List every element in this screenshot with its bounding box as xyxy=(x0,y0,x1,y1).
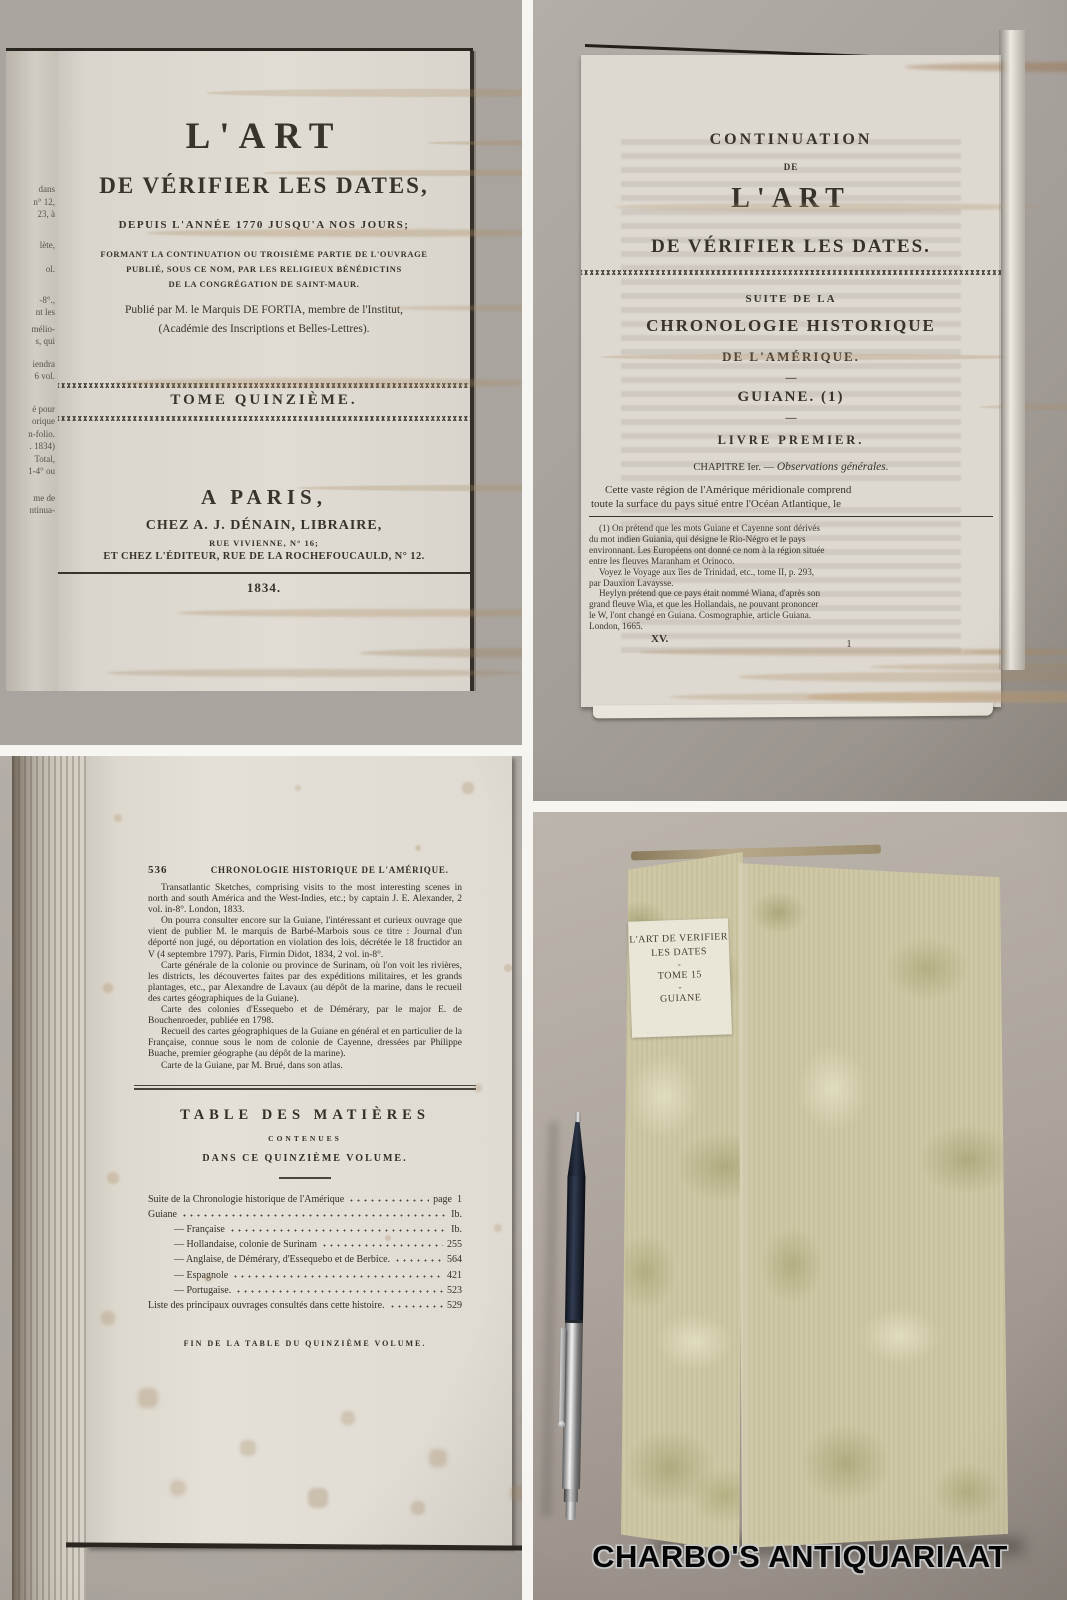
toc-row: — Portugaise.523 xyxy=(148,1283,462,1298)
facing-page-fragments-item: Total, xyxy=(6,453,58,466)
pen-end-button xyxy=(566,1502,576,1520)
heading-continuation: CONTINUATION xyxy=(581,131,1001,149)
facing-page-edge: dansn° 12,23, àlète,ol.-8°.,nt lesmélio-… xyxy=(6,51,58,691)
footnote-item: le W, l'ont changé en Guiana. Cosmograph… xyxy=(589,610,993,621)
toc-label: — Anglaise, de Démérary, d'Essequebo et … xyxy=(174,1252,390,1267)
photo-table-page: 536 CHRONOLOGIE HISTORIQUE DE L'AMÉRIQUE… xyxy=(0,756,522,1600)
zigzag-rule xyxy=(58,416,470,421)
book-part-heading: LIVRE PREMIER. xyxy=(581,433,1001,448)
book-title: L'ART xyxy=(58,115,470,158)
tome-line: TOME QUINZIÈME. xyxy=(58,392,470,409)
series-line: SUITE DE LA xyxy=(581,293,1001,305)
short-rule xyxy=(58,572,470,574)
running-head: 536 CHRONOLOGIE HISTORIQUE DE L'AMÉRIQUE… xyxy=(148,864,462,876)
facing-page-fragments-item: n° 12, xyxy=(6,196,58,209)
fin-line: FIN DE LA TABLE DU QUINZIÈME VOLUME. xyxy=(148,1339,462,1348)
toc-label: — Portugaise. xyxy=(174,1283,231,1298)
foxing-spots xyxy=(86,756,90,760)
toc-label: Suite de la Chronologie historique de l'… xyxy=(148,1192,344,1207)
body-text-item: Cette vaste région de l'Amérique méridio… xyxy=(591,483,991,497)
page-curl-edge xyxy=(999,30,1025,670)
imprint-address1: RUE VIVIENNE, N° 16; xyxy=(58,538,470,548)
book-front-cover xyxy=(738,842,1008,1548)
toc-row: — FrançaiseIb. xyxy=(148,1222,462,1237)
table-heading-volume: DANS CE QUINZIÈME VOLUME. xyxy=(148,1153,462,1164)
toc-page-number: 255 xyxy=(447,1237,462,1252)
footnote-rule xyxy=(589,516,993,517)
footnote: (1) On prétend que les mots Guiane et Ca… xyxy=(589,523,993,632)
chapter-page: CONTINUATION DE L'ART DE VÉRIFIER LES DA… xyxy=(581,55,1001,707)
footnote-item: Voyez le Voyage aux îles de Trinidad, et… xyxy=(589,567,993,578)
bibliography-paragraphs-item: Carte de la Guiane, par M. Brué, dans so… xyxy=(148,1061,462,1072)
facing-page-fragments-item: s, qui xyxy=(6,335,58,348)
continuation-note: FORMANT LA CONTINUATION OU TROISIÈME PAR… xyxy=(58,247,470,292)
photo-title-page: dansn° 12,23, àlète,ol.-8°.,nt lesmélio-… xyxy=(0,0,522,745)
double-rule xyxy=(134,1085,476,1090)
series-line: DE L'AMÉRIQUE. xyxy=(581,349,1001,365)
foxing-spots xyxy=(86,756,90,760)
photo-chapter-page: CONTINUATION DE L'ART DE VÉRIFIER LES DA… xyxy=(533,0,1067,801)
signature-mark: XV. xyxy=(651,633,711,645)
publisher-note-item: Publié par M. le Marquis DE FORTIA, memb… xyxy=(58,301,470,320)
under-page-edge xyxy=(593,703,993,719)
footnote-item: entre les fleuves Maranham et Orinoco. xyxy=(589,556,993,567)
dot-leader xyxy=(389,1299,443,1308)
facing-page-fragments-item: é pour xyxy=(6,403,58,416)
heading-subtitle: DE VÉRIFIER LES DATES. xyxy=(581,236,1001,258)
book-head-edge xyxy=(631,845,881,861)
facing-page-fragments-item: ol. xyxy=(6,263,58,276)
facing-page-fragments-item: orique xyxy=(6,415,58,428)
dot-leader xyxy=(229,1223,447,1232)
facing-page-fragments-item: iendra xyxy=(6,358,58,371)
toc-row: — Espagnole421 xyxy=(148,1268,462,1283)
pen-end-ring xyxy=(564,1489,578,1502)
facing-page-fragments-item: -8°., xyxy=(6,294,58,307)
ballpoint-pen xyxy=(557,1112,590,1527)
toc-page-number: Ib. xyxy=(451,1207,462,1222)
publisher-note-item: (Académie des Inscriptions et Belles-Let… xyxy=(58,320,470,339)
footnote-item: (1) On prétend que les mots Guiane et Ca… xyxy=(589,523,993,534)
series-line: CHRONOLOGIE HISTORIQUE xyxy=(581,316,1001,336)
pen-clip xyxy=(559,1328,566,1424)
toc-page-number: Ib. xyxy=(451,1222,462,1237)
toc-label: — Espagnole xyxy=(174,1268,228,1283)
running-head-title: CHRONOLOGIE HISTORIQUE DE L'AMÉRIQUE. xyxy=(198,865,463,875)
page-number: 536 xyxy=(148,864,168,876)
spine-label-text-item: GUIANE xyxy=(631,990,731,1007)
photo-book-binding: L'ART DE VERIFIERLES DATES-TOME 15-GUIAN… xyxy=(533,812,1067,1600)
zigzag-rule xyxy=(58,383,470,388)
bibliography-paragraphs-item: On pourra consulter encore sur la Guiane… xyxy=(148,916,462,960)
toc-row: GuianeIb. xyxy=(148,1207,462,1222)
facing-page-fragments-item: 6 vol. xyxy=(6,370,58,383)
bibliography-paragraphs-item: Transatlantic Sketches, comprising visit… xyxy=(148,883,462,916)
table-page-text: 536 CHRONOLOGIE HISTORIQUE DE L'AMÉRIQUE… xyxy=(148,864,462,1348)
facing-page-fragments-item: n-folio. xyxy=(6,428,58,441)
toc-label: — Hollandaise, colonie de Surinam xyxy=(174,1237,317,1252)
pen-cone xyxy=(567,1122,586,1177)
ornament-dash: — xyxy=(581,412,1001,424)
continuation-note-item: FORMANT LA CONTINUATION OU TROISIÈME PAR… xyxy=(58,247,470,262)
toc-row: — Hollandaise, colonie de Surinam255 xyxy=(148,1237,462,1252)
facing-page-fragments-item: me de xyxy=(6,492,58,505)
body-text-item: toute la surface du pays situé entre l'O… xyxy=(591,497,991,511)
publisher-note: Publié par M. le Marquis DE FORTIA, memb… xyxy=(58,301,470,339)
chapter-label: CHAPITRE Ier. — xyxy=(693,462,774,473)
footnote-item: du mot indien Guiania, qui désigne le Ri… xyxy=(589,534,993,545)
continuation-note-item: DE LA CONGRÉGATION DE SAINT-MAUR. xyxy=(58,277,470,292)
page-bottom-edge xyxy=(66,1542,522,1550)
facing-page-fragments-item: 1-4° ou xyxy=(6,465,58,478)
dot-leader xyxy=(321,1238,443,1247)
table-heading: TABLE DES MATIÈRES xyxy=(148,1107,462,1124)
footnote-item: Heylyn prétend que ce pays était nommé W… xyxy=(589,588,993,599)
toc-label: — Française xyxy=(174,1222,225,1237)
dot-leader xyxy=(394,1253,443,1262)
dot-leader xyxy=(181,1208,447,1217)
toc-page-number: 529 xyxy=(447,1298,462,1313)
table-heading-sub: CONTENUES xyxy=(148,1134,462,1143)
watermark: CHARBO'S ANTIQUARIAAT xyxy=(533,1539,1067,1575)
toc-row: — Anglaise, de Démérary, d'Essequebo et … xyxy=(148,1252,462,1267)
table-page: 536 CHRONOLOGIE HISTORIQUE DE L'AMÉRIQUE… xyxy=(86,756,512,1548)
dot-leader xyxy=(348,1193,429,1202)
continuation-note-item: PUBLIÉ, SOUS CE NOM, PAR LES RELIGIEUX B… xyxy=(58,262,470,277)
book-subtitle: DE VÉRIFIER LES DATES, xyxy=(58,173,470,199)
dot-leader xyxy=(232,1269,443,1278)
heading-de: DE xyxy=(581,162,1001,172)
bibliography-paragraphs-item: Carte générale de la colonie ou province… xyxy=(148,961,462,1005)
title-page: L'ART DE VÉRIFIER LES DATES, DEPUIS L'AN… xyxy=(58,51,474,691)
bibliography-paragraphs-item: Carte des colonies d'Essequebo et de Dém… xyxy=(148,1005,462,1027)
imprint-publisher: CHEZ A. J. DÉNAIN, LIBRAIRE, xyxy=(58,518,470,534)
bibliography-paragraphs-item: Recueil des cartes géographiques de la G… xyxy=(148,1027,462,1060)
heading-title: L'ART xyxy=(581,183,1001,215)
date-range-line: DEPUIS L'ANNÉE 1770 JUSQU'A NOS JOURS; xyxy=(58,219,470,231)
toc-page-number: 564 xyxy=(447,1252,462,1267)
deckled-page-edges xyxy=(12,756,86,1600)
foxing-spots xyxy=(581,55,1001,59)
toc-page-number: 523 xyxy=(447,1283,462,1298)
body-text: Cette vaste région de l'Amérique méridio… xyxy=(591,483,991,511)
toc-page-number: page 1 xyxy=(433,1192,462,1207)
dot-leader xyxy=(235,1284,443,1293)
section-heading: GUIANE. (1) xyxy=(581,389,1001,406)
facing-page-fragments-item: mélio- xyxy=(6,323,58,336)
toc-page-number: 421 xyxy=(447,1268,462,1283)
footnote-item: par Dauxion Lavaysse. xyxy=(589,578,993,589)
short-rule xyxy=(279,1177,331,1179)
toc-row: Suite de la Chronologie historique de l'… xyxy=(148,1192,462,1207)
toc-row: Liste des principaux ouvrages consultés … xyxy=(148,1298,462,1313)
zigzag-rule xyxy=(581,270,1001,275)
facing-page-fragments: dansn° 12,23, àlète,ol.-8°.,nt lesmélio-… xyxy=(6,51,58,517)
imprint-city: A PARIS, xyxy=(58,485,470,510)
facing-page-fragments-item: nt les xyxy=(6,306,58,319)
spine-label-text: L'ART DE VERIFIERLES DATES-TOME 15-GUIAN… xyxy=(628,930,731,1007)
table-of-contents: Suite de la Chronologie historique de l'… xyxy=(148,1192,462,1314)
page-bottom-edge xyxy=(58,677,470,691)
facing-page-fragments-item: lète, xyxy=(6,239,58,252)
toc-label: Guiane xyxy=(148,1207,177,1222)
facing-page-fragments-item: dans xyxy=(6,183,58,196)
facing-page-fragments-item: . 1834) xyxy=(6,440,58,453)
facing-page-fragments-item: ntinua- xyxy=(6,504,58,517)
foxing-spots xyxy=(58,51,470,55)
spine-label: L'ART DE VERIFIERLES DATES-TOME 15-GUIAN… xyxy=(628,918,732,1037)
imprint-address2: ET CHEZ L'ÉDITEUR, RUE DE LA ROCHEFOUCAU… xyxy=(58,551,470,562)
chapter-title: Observations générales. xyxy=(777,461,889,473)
pen-barrel xyxy=(565,1176,586,1322)
chapter-heading: CHAPITRE Ier. — Observations générales. xyxy=(581,461,1001,473)
pen-chrome-section xyxy=(562,1322,583,1489)
footnote-item: grand fleuve Wia, et que les Hollandais,… xyxy=(589,599,993,610)
footnote-item: environnant. Les Européens ont donné ce … xyxy=(589,545,993,556)
ornament-dash: — xyxy=(581,372,1001,384)
footnote-item: London, 1665. xyxy=(589,621,993,632)
page-number: 1 xyxy=(839,639,859,650)
imprint-year: 1834. xyxy=(58,580,470,596)
facing-page-fragments-item: 23, à xyxy=(6,208,58,221)
toc-label: Liste des principaux ouvrages consultés … xyxy=(148,1298,385,1313)
bibliography-paragraphs: Transatlantic Sketches, comprising visit… xyxy=(148,883,462,1072)
